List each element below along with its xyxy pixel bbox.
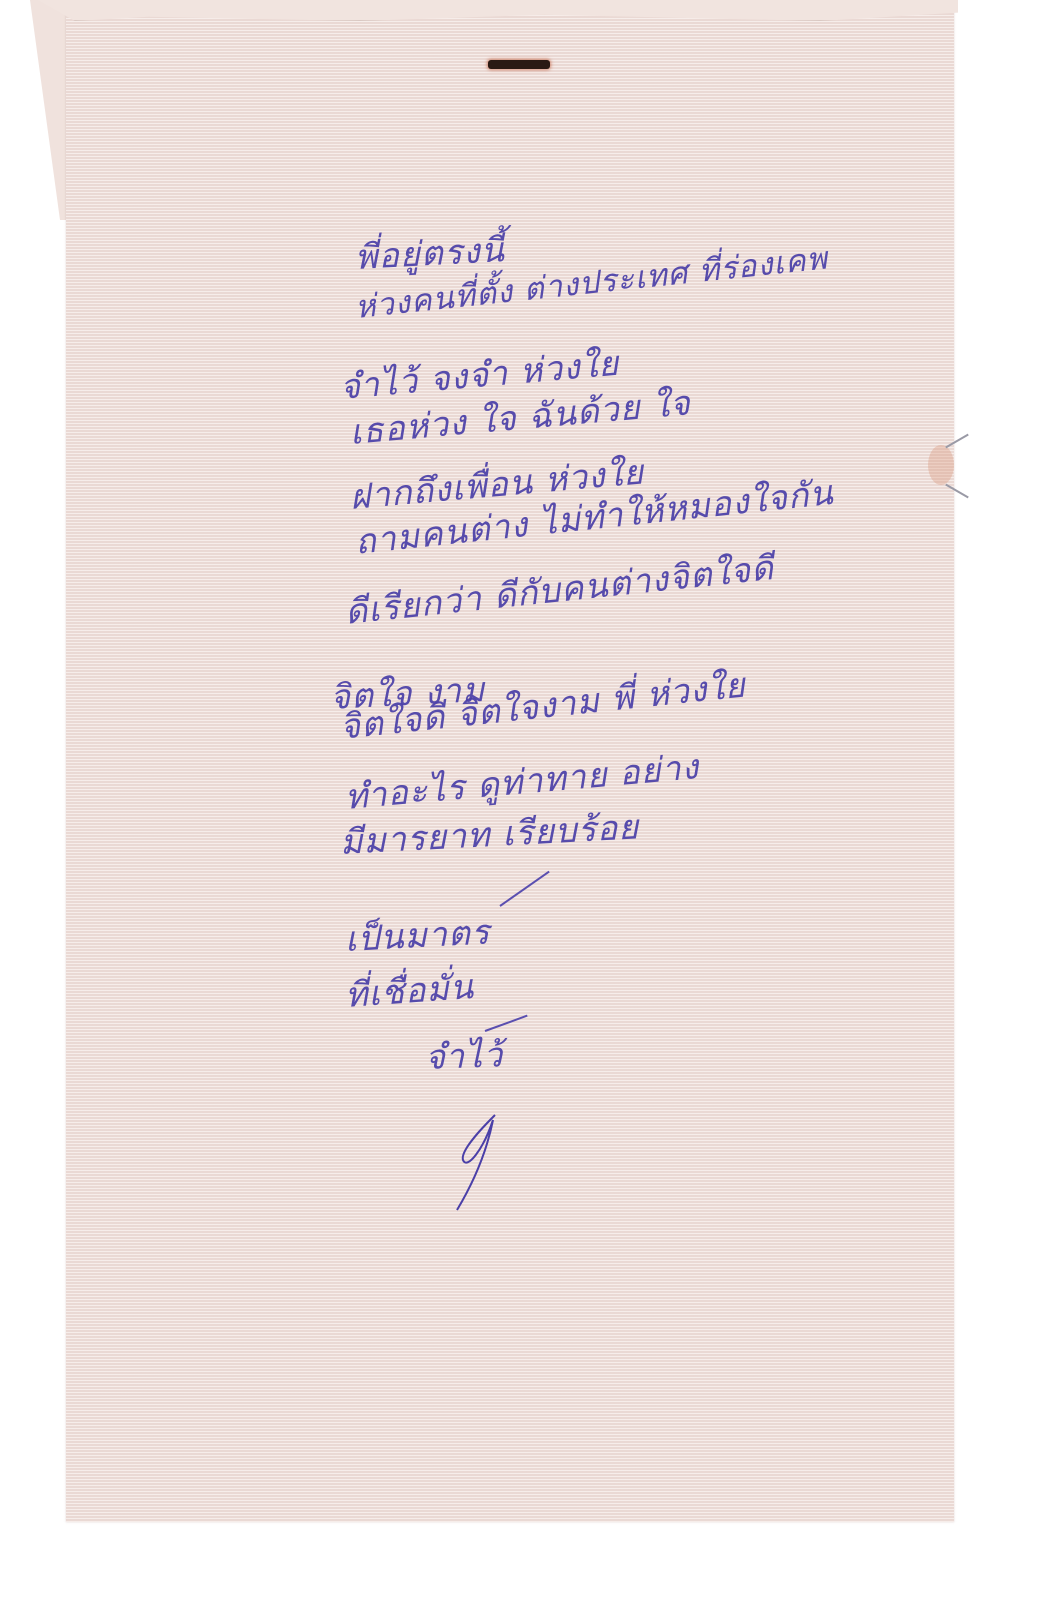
handwritten-letter: พี่อยู่ตรงนี้ ห่วงคนที่ตั้ง ต่างประเทศ ท… [0,0,1039,1600]
underline-stroke [499,871,549,907]
letter-line: ที่เชื่อมั่น [343,959,476,1022]
letter-line: เป็นมาตร [344,904,492,966]
underline-stroke [485,1015,528,1032]
scan-background: พี่อยู่ตรงนี้ ห่วงคนที่ตั้ง ต่างประเทศ ท… [0,0,1039,1600]
letter-line: จำไว้ [424,1027,504,1084]
signature-mark [455,1110,515,1220]
